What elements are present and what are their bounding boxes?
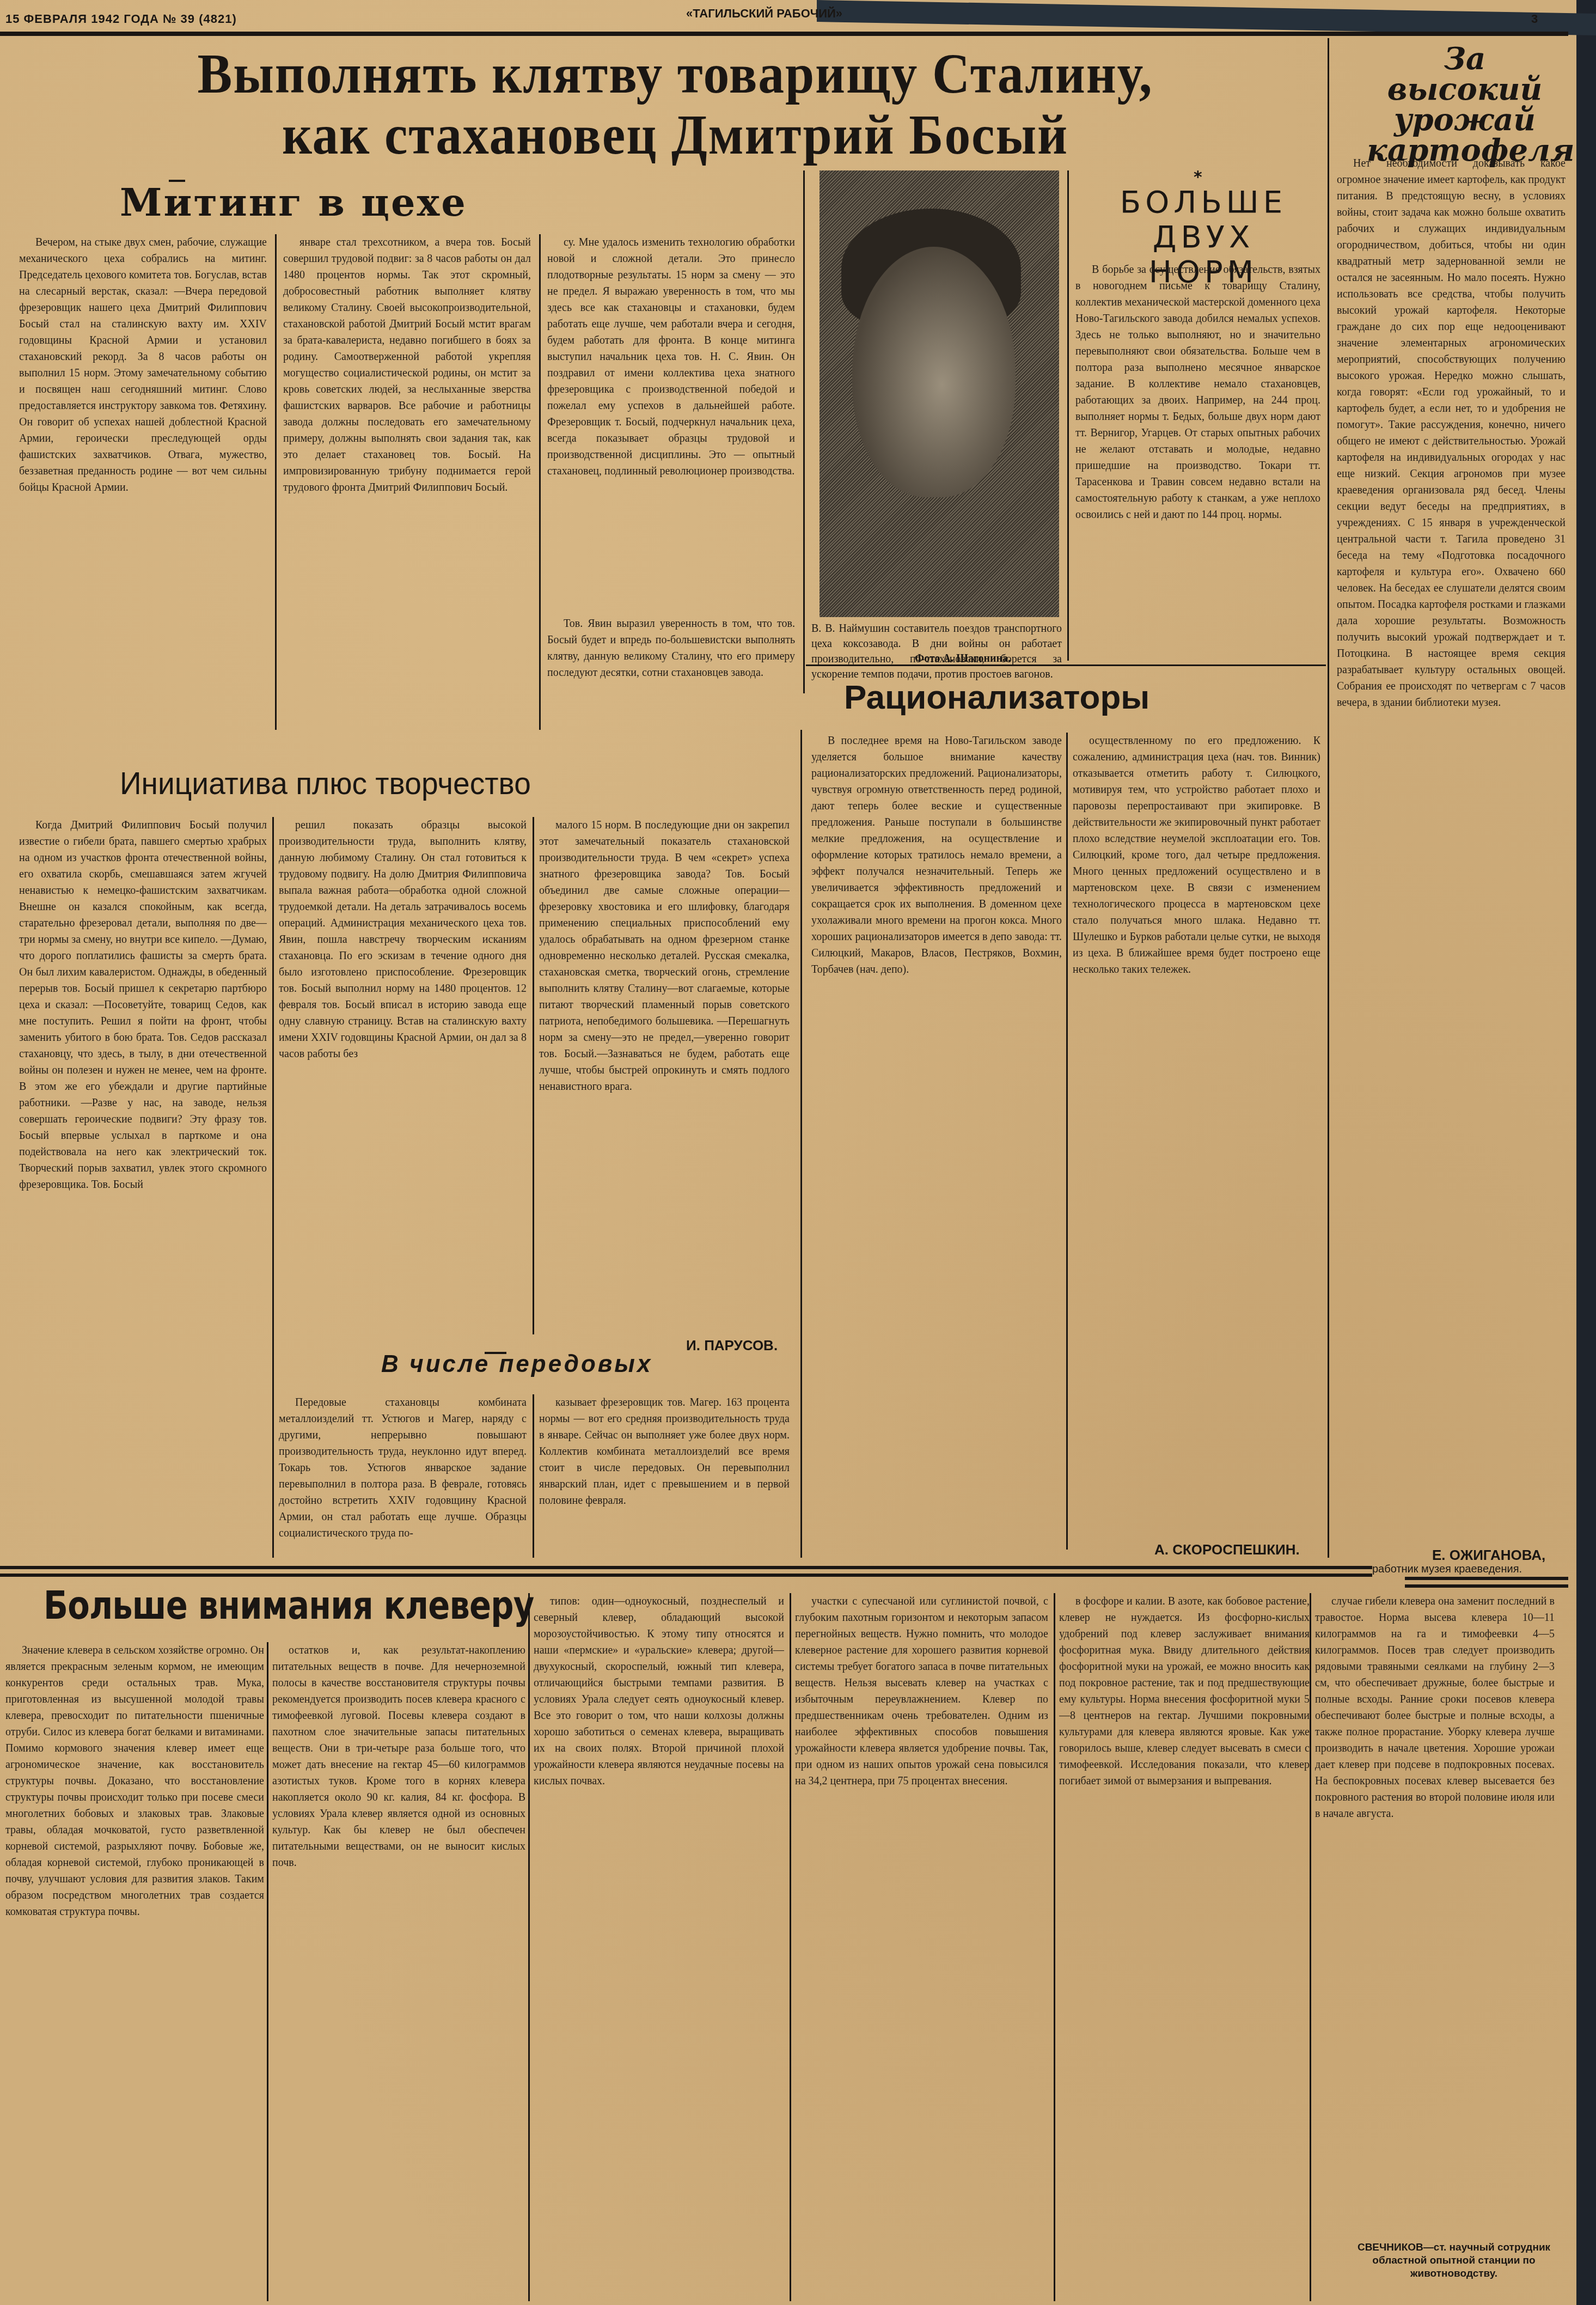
peredovyh-title: В числе передовых — [381, 1351, 652, 1378]
klever-column-5: в фосфоре и калии. В азоте, как бобовое … — [1059, 1593, 1310, 2301]
column-divider — [267, 1642, 268, 2301]
photo-face — [852, 247, 1016, 497]
racio-column-2: осуществленному по его предложению. К со… — [1073, 733, 1320, 1511]
miting-column-2: январе стал трехсотником, а вчера тов. Б… — [283, 234, 531, 730]
column-divider — [1328, 38, 1329, 1558]
init-column-1: Когда Дмитрий Филиппович Босый получил и… — [19, 817, 267, 1558]
kartofel-signature-role: работник музея краеведения. — [1372, 1563, 1522, 1576]
peredovyh-column-1: Передовые стахановцы комбината металлоиз… — [279, 1394, 527, 1558]
miting-text-1: Вечером, на стыке двух смен, рабочие, сл… — [19, 234, 267, 496]
main-headline: Выполнять клятву товарищу Сталину, как с… — [104, 44, 1246, 166]
init-text-2: решил показать образцы высокой производи… — [279, 817, 527, 1062]
racio-text-2: осуществленному по его предложению. К со… — [1073, 733, 1320, 978]
racio-text-1: В последнее время на Ново-Тагильском зав… — [811, 733, 1062, 978]
column-divider — [1066, 733, 1068, 1550]
bolshe-text: В борьбе за осуществление обязательств, … — [1075, 261, 1320, 523]
klever-column-6: случае гибели клевера она заменит послед… — [1315, 1593, 1555, 2230]
racio-signature: А. СКОРОСПЕШКИН. — [1154, 1541, 1300, 1558]
racio-column-1: В последнее время на Ново-Тагильском зав… — [811, 733, 1062, 1555]
klever-column-2: остатков и, как результат-накоплению пит… — [272, 1642, 525, 2301]
init-signature: И. ПАРУСОВ. — [686, 1337, 778, 1354]
iniciativa-title: Инициатива плюс творчество — [120, 765, 531, 802]
klever-text-1: Значение клевера в сельском хозяйстве ог… — [5, 1642, 264, 1920]
dotted-rule — [806, 664, 1326, 666]
column-divider — [1054, 1593, 1055, 2301]
column-divider — [275, 234, 277, 730]
klever-column-1: Значение клевера в сельском хозяйстве ог… — [5, 1642, 264, 2301]
headline-line-1: Выполнять клятву товарищу Сталину, — [104, 44, 1246, 105]
klever-text-2: остатков и, как результат-накоплению пит… — [272, 1642, 525, 1871]
klever-text-3: типов: один—одноукосный, позднеспелый и … — [534, 1593, 784, 1789]
init-column-3: малого 15 норм. В последующие дни он зак… — [539, 817, 790, 1302]
bolshe-title-line-1: БОЛЬШЕ — [1094, 185, 1312, 220]
star-ornament: * — [1194, 168, 1202, 187]
column-divider — [528, 1593, 530, 2301]
miting-text-2: январе стал трехсотником, а вчера тов. Б… — [283, 234, 531, 496]
miting-title: Митинг в цехе — [120, 180, 467, 225]
miting-text-4: Тов. Явин выразил уверенность в том, что… — [547, 615, 795, 681]
bolshe-article: В борьбе за осуществление обязательств, … — [1075, 261, 1320, 675]
column-divider — [533, 817, 534, 1334]
racionalizatory-title: Рационализаторы — [844, 678, 1149, 717]
miting-column-4: Тов. Явин выразил уверенность в том, что… — [547, 615, 795, 730]
column-divider — [790, 1593, 791, 2301]
newspaper-title: «ТАГИЛЬСКИЙ РАБОЧИЙ» — [686, 7, 842, 21]
issue-date: 15 ФЕВРАЛЯ 1942 ГОДА № 39 (4821) — [5, 12, 237, 26]
column-divider — [533, 1394, 534, 1558]
headline-line-2: как стахановец Дмитрий Босый — [104, 105, 1246, 166]
photo-credit: Фото А. Шагонина. — [915, 651, 1011, 666]
miting-column-1: Вечером, на стыке двух смен, рабочие, сл… — [19, 234, 267, 730]
column-divider — [1067, 170, 1069, 661]
kartofel-article: Нет необходимости доказывать какое огром… — [1337, 155, 1566, 1544]
column-divider — [539, 234, 541, 730]
klever-text-4: участки с супесчаной или суглинистой поч… — [795, 1593, 1048, 1789]
miting-text-3: су. Мне удалось изменить технологию обра… — [547, 234, 795, 479]
peredovyh-column-2: казывает фрезеровщик тов. Магер. 163 про… — [539, 1394, 790, 1558]
column-divider — [272, 817, 274, 1558]
newspaper-page: 15 ФЕВРАЛЯ 1942 ГОДА № 39 (4821) «ТАГИЛЬ… — [0, 0, 1576, 2305]
klever-column-4: участки с супесчаной или суглинистой поч… — [795, 1593, 1048, 2301]
masthead-rule — [0, 32, 1568, 36]
kartofel-signature: Е. ОЖИГАНОВА, — [1432, 1547, 1545, 1564]
klever-title: Больше внимания клеверу — [44, 1582, 534, 1628]
init-text-3: малого 15 норм. В последующие дни он зак… — [539, 817, 790, 1095]
klever-column-3: типов: один—одноукосный, позднеспелый и … — [534, 1593, 784, 2301]
column-divider — [1310, 1593, 1311, 2301]
masthead: 15 ФЕВРАЛЯ 1942 ГОДА № 39 (4821) «ТАГИЛЬ… — [0, 0, 1576, 33]
init-text-1: Когда Дмитрий Филиппович Босый получил и… — [19, 817, 267, 1193]
column-divider — [803, 170, 805, 693]
miting-column-3: су. Мне удалось изменить технологию обра… — [547, 234, 795, 605]
peredovyh-text-2: казывает фрезеровщик тов. Магер. 163 про… — [539, 1394, 790, 1509]
portrait-photo — [820, 170, 1059, 617]
klever-signature: СВЕЧНИКОВ—ст. научный сотрудник областно… — [1350, 2241, 1557, 2280]
column-divider — [800, 730, 802, 1558]
klever-text-5: в фосфоре и калии. В азоте, как бобовое … — [1059, 1593, 1310, 1789]
init-column-2: решил показать образцы высокой производи… — [279, 817, 527, 1302]
kartofel-text: Нет необходимости доказывать какое огром… — [1337, 155, 1566, 711]
section-separator — [0, 1566, 1372, 1577]
page-number: 3 — [1531, 12, 1538, 26]
kartofel-title: За высокий урожай картофеля — [1367, 44, 1563, 166]
klever-text-6: случае гибели клевера она заменит послед… — [1315, 1593, 1555, 1822]
section-separator — [1405, 1577, 1568, 1588]
peredovyh-text-1: Передовые стахановцы комбината металлоиз… — [279, 1394, 527, 1541]
